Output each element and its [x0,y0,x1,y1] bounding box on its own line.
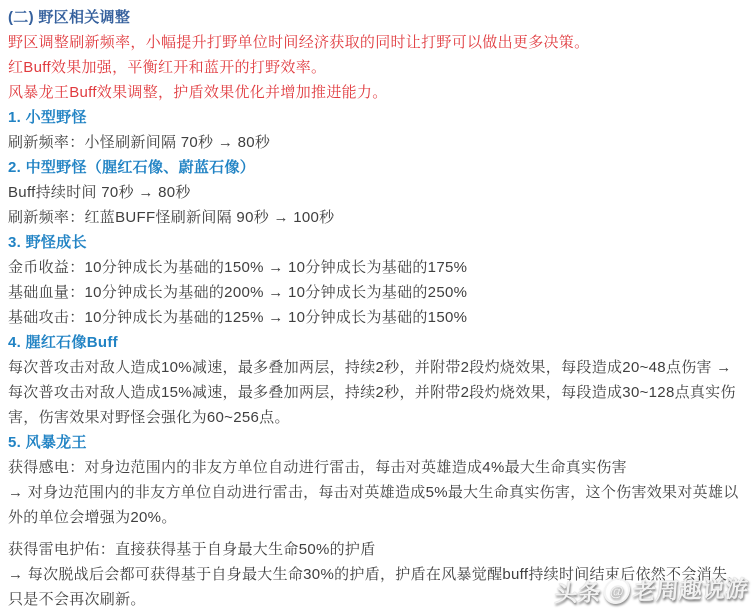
section-3-line-3: 基础攻击：10分钟成长为基础的125% → 10分钟成长为基础的150% [8,305,747,330]
section-1-heading: 1. 小型野怪 [8,105,747,130]
section-5-line-1: 获得感电：对身边范围内的非友方单位自动进行雷击，每击对英雄造成4%最大生命真实伤… [8,455,747,480]
section-2-line-1: Buff持续时间 70秒 → 80秒 [8,180,747,205]
intro-line-3: 风暴龙王Buff效果调整，护盾效果优化并增加推进能力。 [8,80,747,105]
article-section-title: (二) 野区相关调整 [8,5,747,30]
section-4-heading: 4. 腥红石像Buff [8,330,747,355]
section-1-line-1: 刷新频率：小怪刷新间隔 70秒 → 80秒 [8,130,747,155]
section-3-line-1: 金币收益：10分钟成长为基础的150% → 10分钟成长为基础的175% [8,255,747,280]
intro-line-2: 红Buff效果加强，平衡红开和蓝开的打野效率。 [8,55,747,80]
section-4-paragraph: 每次普攻击对敌人造成10%减速，最多叠加两层，持续2秒，并附带2段灼烧效果，每段… [8,355,747,430]
article: (二) 野区相关调整 野区调整刷新频率，小幅提升打野单位时间经济获取的同时让打野… [0,0,753,609]
section-5-line-4: → 每次脱战后会都可获得基于自身最大生命30%的护盾，护盾在风暴觉醒buff持续… [8,562,747,609]
section-2-heading: 2. 中型野怪（腥红石像、蔚蓝石像） [8,155,747,180]
section-5-heading: 5. 风暴龙王 [8,430,747,455]
intro-line-1: 野区调整刷新频率，小幅提升打野单位时间经济获取的同时让打野可以做出更多决策。 [8,30,747,55]
section-5-line-2: → 对身边范围内的非友方单位自动进行雷击，每击对英雄造成5%最大生命真实伤害，这… [8,480,747,530]
section-3-line-2: 基础血量：10分钟成长为基础的200% → 10分钟成长为基础的250% [8,280,747,305]
section-2-line-2: 刷新频率：红蓝BUFF怪刷新间隔 90秒 → 100秒 [8,205,747,230]
section-5-line-3: 获得雷电护佑：直接获得基于自身最大生命50%的护盾 [8,537,747,562]
section-3-heading: 3. 野怪成长 [8,230,747,255]
